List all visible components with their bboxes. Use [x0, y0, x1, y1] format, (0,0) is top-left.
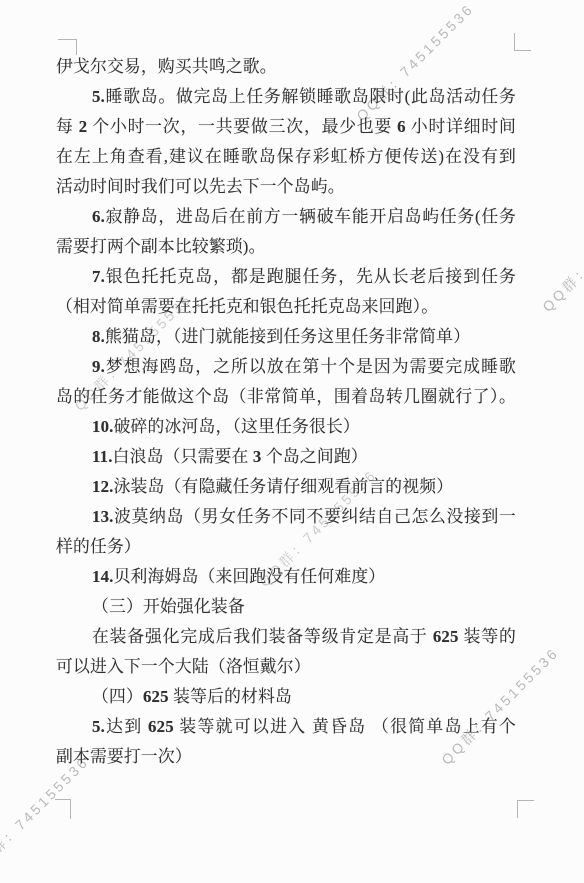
text-line: 6.寂静岛，进岛后在前方一辆破车能开启岛屿任务(任务 — [56, 202, 516, 232]
text-line: 7.银色托托克岛，都是跑腿任务，先从长老后接到任务 — [56, 262, 516, 292]
text-line: 14.贝利海姆岛（来回跑没有任何难度） — [56, 562, 516, 592]
text-line: 需要打两个副本比较繁琐)。 — [56, 232, 516, 262]
crop-mark-top-right-icon — [514, 33, 531, 51]
crop-mark-bottom-left-icon — [55, 799, 71, 819]
qq-group-watermark-right-edge: QQ群：745155536 — [533, 185, 584, 321]
text-line: 5.达到 625 装等就可以进入 黄昏岛 （很简单岛上有个 — [56, 712, 516, 742]
text-line: 8.熊猫岛，（进门就能接到任务这里任务非常简单） — [56, 322, 516, 352]
text-line: 5.睡歌岛。做完岛上任务解锁睡歌岛限时(此岛活动任务 — [56, 82, 516, 112]
text-line: （三）开始强化装备 — [56, 592, 516, 622]
crop-mark-bottom-right-icon — [517, 800, 534, 818]
document-text: 伊戈尔交易，购买共鸣之歌。5.睡歌岛。做完岛上任务解锁睡歌岛限时(此岛活动任务每… — [56, 52, 516, 772]
text-line: 样的任务） — [56, 532, 516, 562]
text-line: 岛的任务才能做这个岛（非常简单，围着岛转几圈就行了）。 — [56, 382, 516, 412]
text-line: 9.梦想海鸥岛，之所以放在第十个是因为需要完成睡歌 — [56, 352, 516, 382]
text-line: （四）625 装等后的材料岛 — [56, 682, 516, 712]
text-line: 伊戈尔交易，购买共鸣之歌。 — [56, 52, 516, 82]
text-line: 副本需要打一次） — [56, 742, 516, 772]
text-line: 活动时间时我们可以先去下一个岛屿。 — [56, 172, 516, 202]
document-page: QQ群：745155536 QQ群：745155536 QQ群：74515553… — [0, 0, 584, 850]
text-line: 可以进入下一个大陆（洛恒戴尔） — [56, 652, 516, 682]
text-line: （相对简单需要在托托克和银色托托克岛来回跑）。 — [56, 292, 516, 322]
text-line: 在装备强化完成后我们装备等级肯定是高于 625 装等的 — [56, 622, 516, 652]
text-line: 13.波莫纳岛（男女任务不同不要纠结自己怎么没接到一 — [56, 502, 516, 532]
text-line: 11.白浪岛（只需要在 3 个岛之间跑） — [56, 442, 516, 472]
text-line: 10.破碎的冰河岛，（这里任务很长） — [56, 412, 516, 442]
text-line: 12.泳装岛（有隐藏任务请仔细观看前言的视频） — [56, 472, 516, 502]
text-line: 每 2 个小时一次，一共要做三次，最少也要 6 小时详细时间 — [56, 112, 516, 142]
text-line: 在左上角查看,建议在睡歌岛保存彩虹桥方便传送)在没有到 — [56, 142, 516, 172]
